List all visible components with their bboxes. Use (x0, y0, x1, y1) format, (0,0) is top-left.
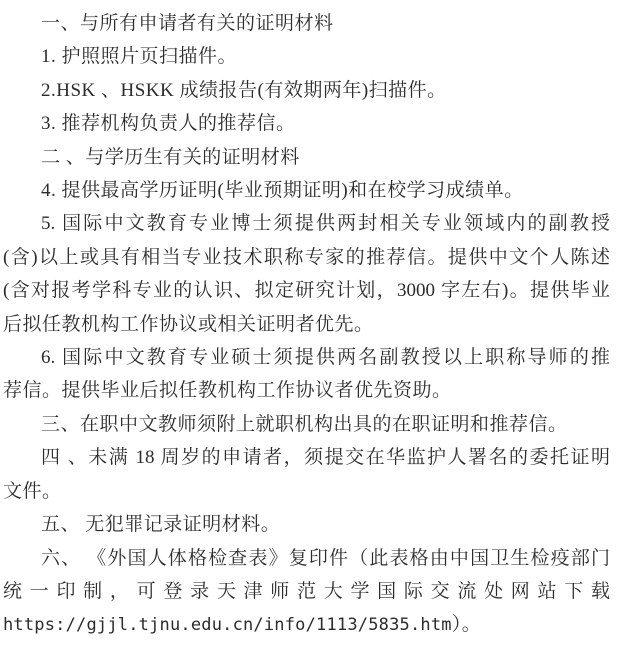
section-6-line-1: 六、 《外国人体格检查表》复印件（此表格由中国卫生检疫部门 (3, 542, 610, 575)
document-page: 一、与所有申请者有关的证明材料 1. 护照照片页扫描件。 2.HSK 、HSKK… (0, 0, 638, 646)
item-2: 2.HSK 、HSKK 成绩报告(有效期两年)扫描件。 (3, 74, 610, 107)
item-4: 4. 提供最高学历证明(毕业预期证明)和在校学习成绩单。 (3, 174, 610, 207)
section-2-heading: 二 、与学历生有关的证明材料 (3, 141, 610, 174)
section-4-line-2: 文件。 (3, 475, 610, 508)
item-5-line-4: 后拟任教机构工作协议或相关证明者优先。 (3, 308, 610, 341)
item-1: 1. 护照照片页扫描件。 (3, 40, 610, 73)
item-5-line-1: 5. 国际中文教育专业博士须提供两封相关专业领域内的副教授 (3, 207, 610, 240)
item-6-line-2: 荐信。提供毕业后拟任教机构工作协议者优先资助。 (3, 374, 610, 407)
section-1-heading: 一、与所有申请者有关的证明材料 (3, 7, 610, 40)
section-6-line-2: 统一印制，可登录天津师范大学国际交流处网站下载 (3, 575, 610, 608)
section-6-line-3: https://gjjl.tjnu.edu.cn/info/1113/5835.… (3, 608, 610, 642)
section-5-heading: 五、 无犯罪记录证明材料。 (3, 508, 610, 541)
section-3-heading: 三、在职中文教师须附上就职机构出具的在职证明和推荐信。 (3, 408, 610, 441)
item-5-line-3: (含对报考学科专业的认识、拟定研究计划，3000 字左右)。提供毕业 (3, 274, 610, 307)
document-link-suffix: ）。 (452, 614, 482, 635)
item-3: 3. 推荐机构负责人的推荐信。 (3, 107, 610, 140)
item-6-line-1: 6. 国际中文教育专业硕士须提供两名副教授以上职称导师的推 (3, 341, 610, 374)
document-link[interactable]: https://gjjl.tjnu.edu.cn/info/1113/5835.… (3, 615, 452, 635)
section-4-line-1: 四 、未满 18 周岁的申请者，须提交在华监护人署名的委托证明 (3, 441, 610, 474)
item-5-line-2: (含)以上或具有相当专业技术职称专家的推荐信。提供中文个人陈述 (3, 241, 610, 274)
